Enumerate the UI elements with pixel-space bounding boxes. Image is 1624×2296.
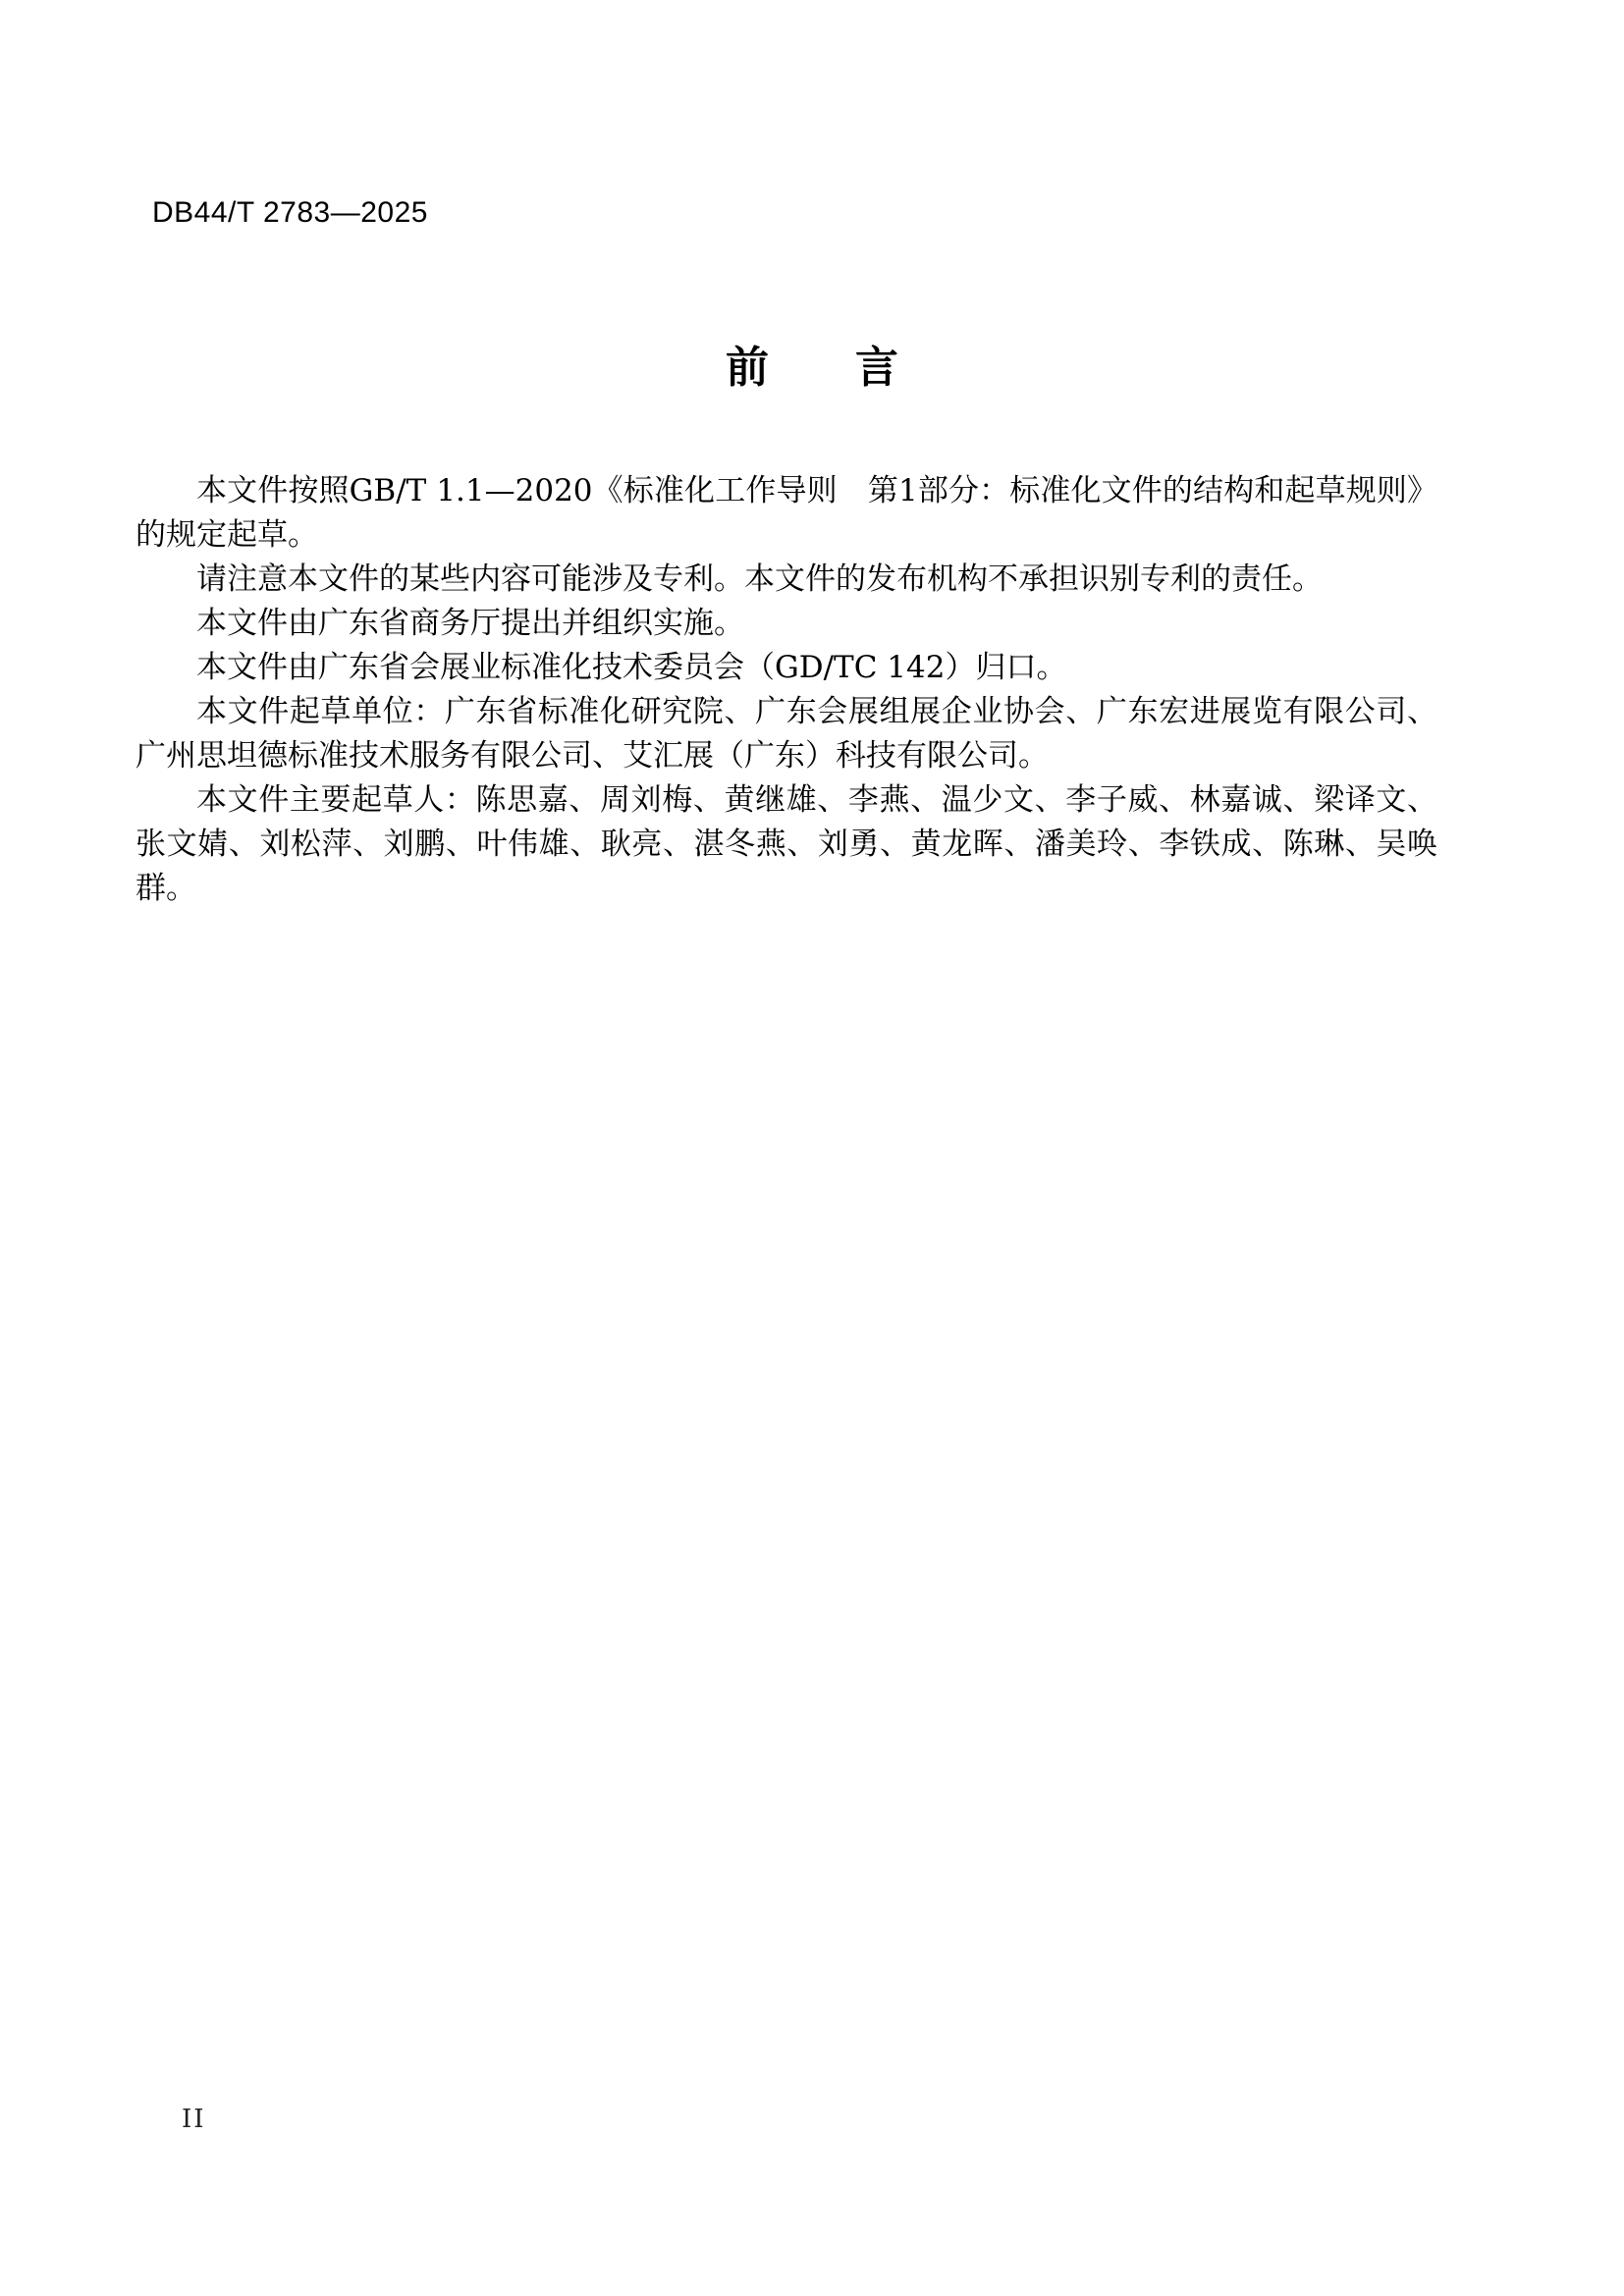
standard-code-header: DB44/T 2783—2025 — [152, 196, 428, 230]
paragraph-proposing-department: 本文件由广东省商务厅提出并组织实施。 — [135, 602, 1437, 646]
document-page: DB44/T 2783—2025 前 言 本文件按照GB/T 1.1—2020《… — [0, 0, 1624, 2296]
paragraph-patent-notice: 请注意本文件的某些内容可能涉及专利。本文件的发布机构不承担识别专利的责任。 — [135, 558, 1437, 602]
foreword-title: 前 言 — [0, 332, 1624, 395]
paragraph-drafting-organizations: 本文件起草单位：广东省标准化研究院、广东会展组展企业协会、广东宏进展览有限公司、… — [135, 690, 1437, 778]
paragraph-centralized-committee: 本文件由广东省会展业标准化技术委员会（GD/TC 142）归口。 — [135, 646, 1437, 690]
paragraph-main-drafters: 本文件主要起草人：陈思嘉、周刘梅、黄继雄、李燕、温少文、李子威、林嘉诚、梁译文、… — [135, 778, 1437, 911]
paragraph-drafting-rules: 本文件按照GB/T 1.1—2020《标准化工作导则 第1部分：标准化文件的结构… — [135, 469, 1437, 558]
foreword-body: 本文件按照GB/T 1.1—2020《标准化工作导则 第1部分：标准化文件的结构… — [135, 469, 1437, 911]
page-number: II — [182, 2105, 206, 2134]
